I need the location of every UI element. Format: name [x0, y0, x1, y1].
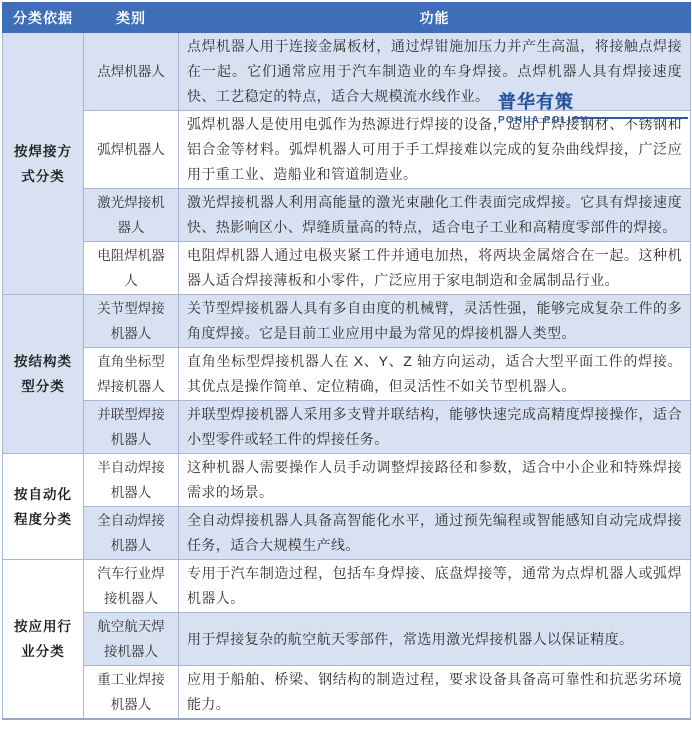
table-row: 直角坐标型焊接机器人 直角坐标型焊接机器人在 X、Y、Z 轴方向运动，适合大型平… [3, 348, 691, 401]
category-cell: 并联型焊接机器人 [84, 401, 179, 454]
table-row: 航空航天焊接机器人 用于焊接复杂的航空航天零部件，常选用激光焊接机器人以保证精度… [3, 613, 691, 666]
function-cell: 并联型焊接机器人采用多支臂并联结构，能够快速完成高精度焊接操作，适合小型零件或轻… [179, 401, 691, 454]
function-cell: 关节型焊接机器人具有多自由度的机械臂，灵活性强，能够完成复杂工件的多角度焊接。它… [179, 295, 691, 348]
function-cell: 直角坐标型焊接机器人在 X、Y、Z 轴方向运动，适合大型平面工件的焊接。其优点是… [179, 348, 691, 401]
table-row: 弧焊机器人 弧焊机器人是使用电弧作为热源进行焊接的设备，适用于焊接钢材、不锈钢和… [3, 111, 691, 189]
header-row: 分类依据 类别 功能 [3, 3, 691, 33]
table-row: 全自动焊接机器人 全自动焊接机器人具备高智能化水平，通过预先编程或智能感知自动完… [3, 507, 691, 560]
function-cell: 全自动焊接机器人具备高智能化水平，通过预先编程或智能感知自动完成焊接任务，适合大… [179, 507, 691, 560]
group-application-industry: 按应用行业分类 汽车行业焊接机器人 专用于汽车制造过程，包括车身焊接、底盘焊接等… [3, 560, 691, 720]
function-cell: 这种机器人需要操作人员手动调整焊接路径和参数，适合中小企业和特殊焊接需求的场景。 [179, 454, 691, 507]
category-cell: 重工业焊接机器人 [84, 666, 179, 720]
category-cell: 激光焊接机器人 [84, 189, 179, 242]
table-row: 电阻焊机器人 电阻焊机器人通过电极夹紧工件并通电加热，将两块金属熔合在一起。这种… [3, 242, 691, 295]
group-automation-level: 按自动化程度分类 半自动焊接机器人 这种机器人需要操作人员手动调整焊接路径和参数… [3, 454, 691, 560]
table-row: 按自动化程度分类 半自动焊接机器人 这种机器人需要操作人员手动调整焊接路径和参数… [3, 454, 691, 507]
table-row: 按结构类型分类 关节型焊接机器人 关节型焊接机器人具有多自由度的机械臂，灵活性强… [3, 295, 691, 348]
group-welding-method: 按焊接方式分类 点焊机器人 点焊机器人用于连接金属板材，通过焊钳施加压力并产生高… [3, 33, 691, 295]
table-row: 按焊接方式分类 点焊机器人 点焊机器人用于连接金属板材，通过焊钳施加压力并产生高… [3, 33, 691, 111]
table-row: 重工业焊接机器人 应用于船舶、桥梁、钢结构的制造过程，要求设备具备高可靠性和抗恶… [3, 666, 691, 720]
category-cell: 直角坐标型焊接机器人 [84, 348, 179, 401]
function-cell: 弧焊机器人是使用电弧作为热源进行焊接的设备，适用于焊接钢材、不锈钢和铝合金等材料… [179, 111, 691, 189]
function-cell: 用于焊接复杂的航空航天零部件，常选用激光焊接机器人以保证精度。 [179, 613, 691, 666]
category-cell: 全自动焊接机器人 [84, 507, 179, 560]
table-row: 按应用行业分类 汽车行业焊接机器人 专用于汽车制造过程，包括车身焊接、底盘焊接等… [3, 560, 691, 613]
category-cell: 关节型焊接机器人 [84, 295, 179, 348]
category-cell: 汽车行业焊接机器人 [84, 560, 179, 613]
category-cell: 半自动焊接机器人 [84, 454, 179, 507]
function-cell: 点焊机器人用于连接金属板材，通过焊钳施加压力并产生高温，将接触点焊接在一起。它们… [179, 33, 691, 111]
basis-cell-structure-type: 按结构类型分类 [3, 295, 84, 454]
group-structure-type: 按结构类型分类 关节型焊接机器人 关节型焊接机器人具有多自由度的机械臂，灵活性强… [3, 295, 691, 454]
function-cell: 专用于汽车制造过程，包括车身焊接、底盘焊接等，通常为点焊机器人或弧焊机器人。 [179, 560, 691, 613]
category-cell: 点焊机器人 [84, 33, 179, 111]
header-basis: 分类依据 [3, 3, 84, 33]
table-row: 并联型焊接机器人 并联型焊接机器人采用多支臂并联结构，能够快速完成高精度焊接操作… [3, 401, 691, 454]
table-row: 激光焊接机器人 激光焊接机器人利用高能量的激光束融化工件表面完成焊接。它具有焊接… [3, 189, 691, 242]
header-function: 功能 [179, 3, 691, 33]
function-cell: 激光焊接机器人利用高能量的激光束融化工件表面完成焊接。它具有焊接速度快、热影响区… [179, 189, 691, 242]
category-cell: 航空航天焊接机器人 [84, 613, 179, 666]
function-cell: 电阻焊机器人通过电极夹紧工件并通电加热，将两块金属熔合在一起。这种机器人适合焊接… [179, 242, 691, 295]
basis-cell-welding-method: 按焊接方式分类 [3, 33, 84, 295]
welding-robot-classification-table: 分类依据 类别 功能 按焊接方式分类 点焊机器人 点焊机器人用于连接金属板材，通… [2, 2, 691, 720]
header-category: 类别 [84, 3, 179, 33]
category-cell: 电阻焊机器人 [84, 242, 179, 295]
classification-table-page: 分类依据 类别 功能 按焊接方式分类 点焊机器人 点焊机器人用于连接金属板材，通… [0, 2, 692, 738]
basis-cell-application-industry: 按应用行业分类 [3, 560, 84, 720]
basis-cell-automation-level: 按自动化程度分类 [3, 454, 84, 560]
category-cell: 弧焊机器人 [84, 111, 179, 189]
function-cell: 应用于船舶、桥梁、钢结构的制造过程，要求设备具备高可靠性和抗恶劣环境能力。 [179, 666, 691, 720]
